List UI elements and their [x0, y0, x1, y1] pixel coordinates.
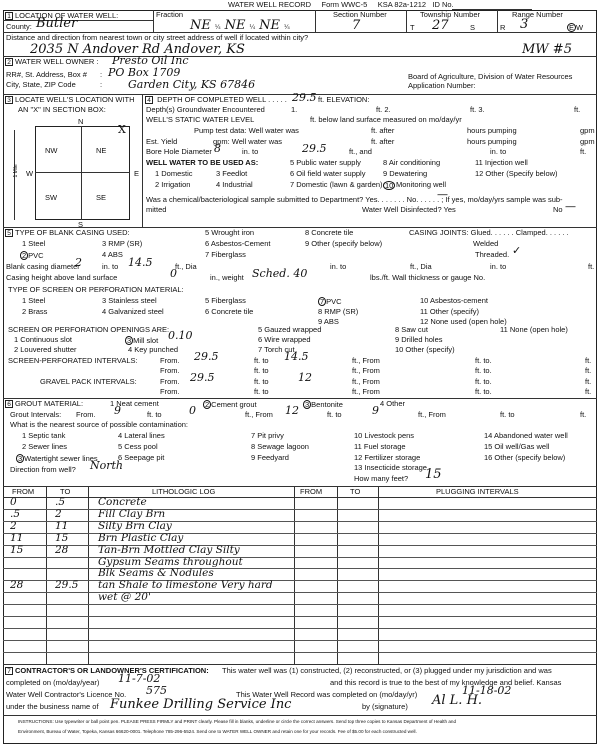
casing-option[interactable]: 8 Concrete tile: [305, 229, 353, 238]
direction-field[interactable]: North: [90, 460, 123, 473]
divider: [46, 486, 47, 664]
in-to: in. to: [102, 263, 118, 272]
sample-question: Was a chemical/bacteriological sample su…: [146, 196, 563, 205]
township-label: Township Number: [420, 11, 480, 20]
divider: [337, 486, 338, 664]
divider: [35, 172, 130, 173]
nw-label: NW: [45, 147, 58, 156]
row-divider: [3, 509, 597, 510]
use-option[interactable]: 8 Air conditioning: [383, 159, 440, 168]
circled-2: 2: [20, 251, 28, 260]
section-title: CONTRACTOR'S OR LANDOWNER'S CERTIFICATIO…: [15, 666, 209, 675]
log-header-lithologic: LITHOLOGIC LOG: [152, 488, 215, 497]
use-option[interactable]: 4 Industrial: [216, 181, 253, 190]
disinfected-label: Water Well Disinfected? Yes: [362, 206, 456, 215]
contam-option[interactable]: 9 Feedyard: [251, 454, 289, 463]
ft-from: ft., From: [352, 378, 380, 387]
section-number: 2: [5, 58, 13, 66]
license-label: Water Well Contractor's Licence No.: [6, 691, 126, 700]
circled-3: 3: [303, 400, 311, 409]
ft-to: ft. to: [254, 367, 269, 376]
ft-to: ft. to.: [475, 367, 492, 376]
height-label: Casing height above land surface: [6, 274, 117, 283]
feet-field[interactable]: 15: [425, 468, 442, 483]
row-divider: [3, 545, 597, 546]
grout-to-2[interactable]: 9: [372, 405, 379, 418]
contam-option[interactable]: 1 Septic tank: [22, 432, 65, 441]
row-divider: [3, 652, 597, 653]
yield-gpm: gpm: Well water was: [213, 138, 282, 147]
application-number-label: Application Number:: [408, 82, 476, 91]
opening-option[interactable]: 6 Wire wrapped: [258, 336, 311, 345]
contam-option[interactable]: 8 Sewage lagoon: [251, 443, 309, 452]
ft-to: ft. to.: [475, 388, 492, 397]
ft-to: ft. to.: [475, 357, 492, 366]
contam-option[interactable]: 7 Pit privy: [251, 432, 284, 441]
screen-option[interactable]: 6 Concrete tile: [205, 308, 253, 317]
log-description[interactable]: Concrete: [98, 496, 147, 508]
quarter-sym: ¼: [250, 24, 255, 31]
quarter-sym: ¼: [284, 24, 289, 31]
screen-option[interactable]: 10 Asbestos-cement: [420, 297, 488, 306]
perf-label: SCREEN-PERFORATED INTERVALS:: [8, 357, 138, 366]
use-option[interactable]: 1 Domestic: [155, 170, 193, 179]
ft: ft.: [585, 378, 591, 387]
row-divider: [3, 533, 597, 534]
gw-2: ft. 2.: [376, 106, 391, 115]
ft: ft.: [585, 357, 591, 366]
county-label: County:: [6, 23, 32, 32]
sample-question-2: mitted: [146, 206, 166, 215]
gpm-label: gpm: [580, 127, 595, 136]
grout-cement-selected[interactable]: 2Cement grout: [203, 400, 257, 410]
row-divider: [3, 616, 597, 617]
use-option[interactable]: 6 Oil field water supply: [290, 170, 365, 179]
bore-field[interactable]: 8: [214, 143, 221, 156]
fraction-1: NE: [190, 18, 211, 33]
use-label: WELL WATER TO BE USED AS:: [146, 159, 258, 168]
from: From.: [160, 378, 180, 387]
static-label: WELL'S STATIC WATER LEVEL: [146, 116, 254, 125]
divider: [153, 10, 154, 32]
threaded-label: Threaded.: [475, 251, 509, 260]
license-field[interactable]: 575: [146, 685, 167, 698]
instructions-line-2: Environment, Bureau of Water, Topeka, Ka…: [18, 729, 417, 734]
range-e-circled: E: [567, 23, 576, 32]
casing-option[interactable]: 3 RMP (SR): [102, 240, 142, 249]
ft: ft.: [588, 263, 594, 272]
section-number: 3: [5, 96, 13, 104]
se-label: SE: [96, 194, 106, 203]
depth-field[interactable]: 29.5: [292, 92, 317, 105]
quarter-sym: ¼: [215, 24, 220, 31]
casing-option[interactable]: 7 Fiberglass: [205, 251, 246, 260]
log-to[interactable]: .5: [55, 496, 65, 508]
gravel-label: GRAVEL PACK INTERVALS:: [40, 378, 137, 387]
opening-option[interactable]: 10 Other (specify): [395, 346, 455, 355]
hours-label: hours pumping: [467, 127, 517, 136]
from: From.: [76, 411, 96, 420]
ft-from: ft., From: [352, 367, 380, 376]
circled-3: 3: [16, 454, 24, 463]
casing-option[interactable]: 5 Wrought iron: [205, 229, 254, 238]
grout-to-1[interactable]: 0: [189, 405, 196, 418]
row-divider: [3, 604, 597, 605]
disinfected-no: No: [553, 206, 563, 215]
from: From.: [160, 388, 180, 397]
from: From.: [160, 357, 180, 366]
divider: [497, 10, 498, 32]
ksa-number: KSA 82a-1212: [378, 0, 426, 9]
height-field[interactable]: 0: [170, 268, 177, 281]
section-number: 1: [5, 12, 13, 20]
divider: [3, 20, 153, 21]
opening-option[interactable]: 2 Louvered shutter: [14, 346, 77, 355]
screen-option[interactable]: 2 Brass: [22, 308, 47, 317]
log-from[interactable]: 28: [10, 579, 23, 591]
screen-option[interactable]: 11 Other (specify): [420, 308, 479, 317]
row-divider: [3, 568, 597, 569]
location-x-mark: X: [118, 124, 126, 137]
hours-label: hours pumping: [467, 138, 517, 147]
gw-ft: ft.: [574, 106, 580, 115]
section-title: WATER WELL OWNER :: [15, 57, 98, 66]
bore-to-field[interactable]: 29.5: [302, 143, 327, 156]
fraction-3: NE: [259, 18, 280, 33]
plug-header-to: TO: [350, 488, 360, 497]
log-from[interactable]: 15: [10, 544, 23, 556]
cert-line-2: and this record is true to the best of m…: [330, 679, 561, 688]
feet-label: How many feet?: [354, 475, 408, 484]
log-description[interactable]: wet @ 20': [98, 591, 151, 603]
gravel-to-field[interactable]: 12: [298, 372, 312, 385]
circled-7: 7: [318, 297, 326, 306]
use-option[interactable]: 2 Irrigation: [155, 181, 190, 190]
section7-label: 7CONTRACTOR'S OR LANDOWNER'S CERTIFICATI…: [5, 667, 209, 676]
grout-option[interactable]: 4 Other: [380, 400, 405, 409]
mile-label: 1 Mile: [14, 164, 20, 177]
contam-option[interactable]: 2 Sewer lines: [22, 443, 67, 452]
perf-from-field[interactable]: 29.5: [194, 351, 219, 364]
screen-option[interactable]: 4 Galvanized steel: [102, 308, 164, 317]
divider: [3, 497, 597, 498]
section3-label: 3LOCATE WELL'S LOCATION WITH: [5, 96, 135, 105]
divider: [294, 486, 295, 664]
contam-option[interactable]: 12 Fertilizer storage: [354, 454, 420, 463]
after-label: ft. after: [371, 127, 394, 136]
section-number: 7: [5, 667, 13, 675]
groundwater-label: Depth(s) Groundwater Encountered: [146, 106, 265, 115]
log-to[interactable]: 15: [55, 532, 68, 544]
plug-header-from: FROM: [300, 488, 322, 497]
log-to[interactable]: 2: [55, 508, 62, 520]
range-field[interactable]: 3: [520, 18, 528, 33]
log-description[interactable]: Brn Plastic Clay: [98, 532, 183, 544]
static-rest: ft. below land surface measured on mo/da…: [310, 116, 462, 125]
log-description[interactable]: Blk Seams & Nodules: [98, 567, 214, 579]
city-label: City, State, ZIP Code: [6, 81, 76, 90]
colon: :: [100, 71, 102, 80]
bore-in-to: in. to: [242, 148, 258, 157]
weight-field[interactable]: Sched. 40: [252, 268, 307, 281]
slot-size-field[interactable]: 0.10: [168, 330, 193, 343]
casing-option[interactable]: 1 Steel: [22, 240, 45, 249]
log-to[interactable]: 28: [55, 544, 68, 556]
log-to[interactable]: 29.5: [55, 579, 78, 591]
form-number: Form WWC-5: [321, 0, 367, 9]
screen-option[interactable]: 8 RMP (SR): [318, 308, 358, 317]
circled-10: 10: [383, 181, 395, 190]
use-option[interactable]: 3 Feedlot: [216, 170, 247, 179]
east-label: E: [134, 170, 139, 179]
casing-option[interactable]: 4 ABS: [102, 251, 123, 260]
id-label: ID No.: [432, 0, 453, 9]
bore-ft: ft.: [580, 148, 586, 157]
opening-option[interactable]: 4 Key punched: [128, 346, 178, 355]
divider: [315, 10, 316, 32]
grout-bentonite-selected[interactable]: 3Bentonite: [303, 400, 343, 410]
grout-from-1[interactable]: 9: [114, 405, 121, 418]
ft-dia: ft., Dia: [175, 263, 197, 272]
grout-from-2[interactable]: 12: [285, 405, 299, 418]
opening-option[interactable]: 8 Saw cut: [395, 326, 428, 335]
contam-watertight-selected[interactable]: 3Watertight sewer lines: [16, 454, 98, 464]
screen-pvc-selected[interactable]: 7PVC: [318, 297, 342, 307]
completed-label: completed on (mo/day/year): [6, 679, 99, 688]
use-option[interactable]: 7 Domestic (lawn & garden): [290, 181, 383, 190]
signature-label: by (signature): [362, 703, 408, 712]
divider: [406, 10, 407, 32]
screen-option[interactable]: 1 Steel: [22, 297, 45, 306]
section5-label: 5TYPE OF BLANK CASING USED:: [5, 229, 130, 238]
gpm-label: gpm: [580, 138, 595, 147]
ft-to: ft. to: [254, 378, 269, 387]
from: From.: [160, 367, 180, 376]
use-option[interactable]: 5 Public water supply: [290, 159, 361, 168]
section4-depth: 4 DEPTH OF COMPLETED WELL . . . . .: [145, 96, 287, 105]
depth-label: DEPTH OF COMPLETED WELL: [157, 95, 266, 104]
use-option[interactable]: 11 Injection well: [475, 159, 528, 168]
log-description[interactable]: Tan-Brn Mottled Clay Silty: [98, 544, 240, 556]
opening-option[interactable]: 9 Drilled holes: [395, 336, 443, 345]
in-to: in. to: [330, 263, 346, 272]
fraction-label: Fraction: [156, 11, 183, 20]
divider: [81, 126, 82, 220]
blank-dia-field[interactable]: 2: [75, 257, 82, 270]
ft-to: ft. to: [254, 357, 269, 366]
section2-label: 2WATER WELL OWNER :: [5, 58, 98, 67]
business-label: under the business name of: [6, 703, 99, 712]
joints-label: CASING JOINTS: Glued. . . . . . Clamped.…: [409, 229, 569, 238]
log-from[interactable]: .5: [10, 508, 20, 520]
instructions-line-1: INSTRUCTIONS: Use typewriter or ball poi…: [18, 719, 456, 724]
sw-label: SW: [45, 194, 57, 203]
contam-option[interactable]: 14 Abandoned water well: [484, 432, 568, 441]
ft-from: ft., From: [352, 357, 380, 366]
openings-label: SCREEN OR PERFORATION OPENINGS ARE:: [8, 326, 169, 335]
ft: ft.: [585, 388, 591, 397]
log-from[interactable]: 2: [10, 520, 17, 532]
business-field[interactable]: Funkee Drilling Service Inc: [110, 698, 291, 713]
after-label: ft. after: [371, 138, 394, 147]
row-divider: [3, 521, 597, 522]
ft-dia: ft., Dia: [410, 263, 432, 272]
opening-option[interactable]: 5 Gauzed wrapped: [258, 326, 321, 335]
blank-to-field[interactable]: 14.5: [128, 257, 153, 270]
log-description[interactable]: Fill Clay Brn: [98, 508, 165, 520]
county-field[interactable]: Butler: [36, 17, 77, 32]
direction-label: Direction from well?: [10, 466, 76, 475]
ft-to: ft. to: [147, 411, 162, 420]
cert-line-1: This water well was (1) constructed, (2)…: [222, 667, 552, 676]
divider: [88, 486, 89, 664]
log-from[interactable]: 0: [10, 496, 17, 508]
screen-option[interactable]: 3 Stainless steel: [102, 297, 157, 306]
in-to: in. to: [490, 263, 506, 272]
casing-option[interactable]: 9 Other (specify below): [305, 240, 382, 249]
opening-option[interactable]: 11 None (open hole): [500, 326, 568, 335]
ft-from: ft., From: [418, 411, 446, 420]
title-text: WATER WELL RECORD: [228, 0, 311, 9]
use-option[interactable]: 12 Other (Specify below): [475, 170, 558, 179]
ft-from: ft., From: [352, 388, 380, 397]
row-divider: [3, 640, 597, 641]
screen-label: TYPE OF SCREEN OR PERFORATION MATERIAL:: [8, 286, 184, 295]
gravel-from-field[interactable]: 29.5: [190, 372, 215, 385]
ft-from: ft., From: [245, 411, 273, 420]
contam-option[interactable]: 16 Other (specify below): [484, 454, 565, 463]
bore-and: ft., and: [349, 148, 372, 157]
ft: ft.: [585, 367, 591, 376]
divider: [142, 94, 143, 228]
ft-to: ft. to: [254, 388, 269, 397]
row-divider: [3, 628, 597, 629]
log-description[interactable]: tan Shale to limestone Very hard: [98, 579, 273, 591]
ft-to: ft. to: [500, 411, 515, 420]
log-to[interactable]: 11: [55, 520, 68, 532]
elevation-label: ft. ELEVATION:: [318, 96, 369, 105]
ne-label: NE: [96, 147, 106, 156]
gw-3: ft. 3.: [470, 106, 485, 115]
use-option-selected[interactable]: 10: [383, 181, 395, 191]
blank-dia-label: Blank casing diameter: [6, 263, 80, 272]
contam-option[interactable]: 4 Lateral lines: [118, 432, 165, 441]
section-title: TYPE OF BLANK CASING USED:: [15, 228, 130, 237]
section-number: 5: [5, 229, 13, 237]
grout-intervals-label: Grout Intervals:: [10, 411, 61, 420]
divider: [3, 664, 597, 665]
divider: [378, 486, 379, 664]
contam-option[interactable]: 5 Cess pool: [118, 443, 158, 452]
fraction-2: NE: [225, 18, 246, 33]
disinfected-answer[interactable]: —: [565, 201, 576, 214]
row-divider: [3, 580, 597, 581]
sample-answer[interactable]: —: [437, 189, 448, 202]
city-field[interactable]: Garden City, KS 67846: [128, 79, 255, 92]
ft-to: ft. to: [327, 411, 342, 420]
address-label: RR#, St. Address, Box #: [6, 71, 87, 80]
section-subtitle: AN "X" IN SECTION BOX:: [18, 106, 106, 115]
plug-header-intervals: PLUGGING INTERVALS: [436, 488, 519, 497]
perf-to-field[interactable]: 14.5: [284, 351, 309, 364]
circled-2: 2: [203, 400, 211, 409]
height-in: in., weight: [210, 274, 244, 283]
divider: [3, 398, 597, 399]
pump-label: Pump test data: Well water was: [194, 127, 299, 136]
bore-label: Bore Hole Diameter: [146, 148, 212, 157]
row-divider: [3, 557, 597, 558]
screen-option[interactable]: 12 None used (open hole): [420, 318, 507, 327]
contam-option[interactable]: 10 Livestock pens: [354, 432, 414, 441]
row-divider: [3, 592, 597, 593]
section-number: 4: [145, 96, 153, 104]
section-title: GROUT MATERIAL:: [15, 399, 83, 408]
west-label: W: [26, 170, 33, 179]
contam-option[interactable]: 13 Insecticide storage: [354, 464, 427, 473]
screen-option[interactable]: 5 Fiberglass: [205, 297, 246, 306]
section-title: LOCATE WELL'S LOCATION WITH: [15, 95, 135, 104]
contam-label: What is the nearest source of possible c…: [10, 421, 188, 430]
ft: ft.: [580, 411, 586, 420]
casing-option[interactable]: 6 Asbestos-Cement: [205, 240, 270, 249]
section-box[interactable]: [35, 126, 130, 220]
section6-label: 6GROUT MATERIAL:: [5, 400, 83, 409]
casing-pvc-selected[interactable]: 2PVC: [20, 251, 44, 261]
circled-3: 3: [125, 336, 133, 345]
contam-option[interactable]: 11 Fuel storage: [354, 443, 406, 452]
yield-label: Est. Yield: [146, 138, 177, 147]
colon: :: [100, 81, 102, 90]
section-number: 6: [5, 400, 13, 408]
welded-label: Welded: [473, 240, 498, 249]
divider: [3, 715, 597, 716]
opening-option[interactable]: 1 Continuous slot: [14, 336, 72, 345]
contam-option[interactable]: 15 Oil well/Gas well: [484, 443, 549, 452]
contam-option[interactable]: 6 Seepage pit: [118, 454, 164, 463]
weight-unit: lbs./ft. Wall thickness or gauge No.: [370, 274, 485, 283]
bore-in2: in. to: [490, 148, 506, 157]
threaded-mark[interactable]: ✓: [512, 245, 521, 258]
log-from[interactable]: 11: [10, 532, 23, 544]
form-title: WATER WELL RECORD Form WWC-5 KSA 82a-121…: [228, 1, 454, 10]
signature-field[interactable]: Al L. H.: [432, 694, 482, 709]
use-option[interactable]: 9 Dewatering: [383, 170, 427, 179]
ft-to: ft. to.: [475, 378, 492, 387]
log-description[interactable]: Silty Brn Clay: [98, 520, 172, 532]
gw-1: 1.: [291, 106, 297, 115]
